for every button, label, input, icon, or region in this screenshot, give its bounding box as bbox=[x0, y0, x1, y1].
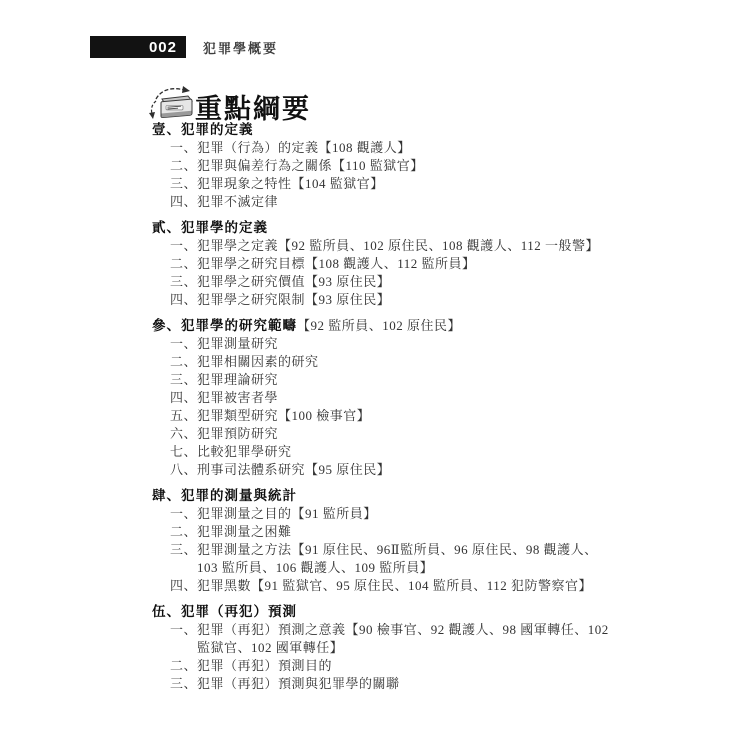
outline-heading-text: 參、犯罪學的研究範疇 bbox=[152, 318, 297, 333]
outline-heading: 參、犯罪學的研究範疇【92 監所員、102 原住民】 bbox=[152, 317, 616, 335]
outline-item: 一、犯罪測量研究 bbox=[170, 335, 616, 353]
book-page: 002 犯罪學概要 重點綱要 壹、犯罪的定義 一、犯罪（行為）的定義 bbox=[0, 0, 750, 750]
outline-section: 肆、犯罪的測量與統計 一、犯罪測量之目的【91 監所員】 二、犯罪測量之困難 三… bbox=[152, 487, 616, 595]
outline-heading: 肆、犯罪的測量與統計 bbox=[152, 487, 616, 505]
outline-item: 二、犯罪與偏差行為之關係【110 監獄官】 bbox=[170, 157, 616, 175]
page-number-badge: 002 bbox=[90, 36, 186, 58]
outline-heading-text: 貳、犯罪學的定義 bbox=[152, 220, 268, 235]
outline-item: 四、犯罪被害者學 bbox=[170, 389, 616, 407]
outline-section: 伍、犯罪（再犯）預測 一、犯罪（再犯）預測之意義【90 檢事官、92 觀護人、9… bbox=[152, 603, 616, 693]
outline-item: 一、犯罪（再犯）預測之意義【90 檢事官、92 觀護人、98 國軍轉任、102 … bbox=[170, 621, 616, 657]
outline-item: 七、比較犯罪學研究 bbox=[170, 443, 616, 461]
outline-item: 三、犯罪理論研究 bbox=[170, 371, 616, 389]
outline-item: 三、犯罪測量之方法【91 原住民、96Ⅱ監所員、96 原住民、98 觀護人、10… bbox=[170, 541, 616, 577]
outline-item: 四、犯罪不滅定律 bbox=[170, 193, 616, 211]
outline-section: 壹、犯罪的定義 一、犯罪（行為）的定義【108 觀護人】 二、犯罪與偏差行為之關… bbox=[152, 121, 616, 211]
page-number: 002 bbox=[149, 39, 177, 56]
outline-heading-text: 壹、犯罪的定義 bbox=[152, 122, 254, 137]
section-banner: 重點綱要 bbox=[147, 84, 311, 124]
book-title: 犯罪學概要 bbox=[203, 38, 278, 57]
outline-item: 一、犯罪測量之目的【91 監所員】 bbox=[170, 505, 616, 523]
outline-section: 貳、犯罪學的定義 一、犯罪學之定義【92 監所員、102 原住民、108 觀護人… bbox=[152, 219, 616, 309]
outline-item: 二、犯罪（再犯）預測目的 bbox=[170, 657, 616, 675]
outline-item: 八、刑事司法體系研究【95 原住民】 bbox=[170, 461, 616, 479]
section-title: 重點綱要 bbox=[195, 96, 311, 123]
outline-heading-text: 肆、犯罪的測量與統計 bbox=[152, 488, 297, 503]
outline-heading-text: 伍、犯罪（再犯）預測 bbox=[152, 604, 297, 619]
outline: 壹、犯罪的定義 一、犯罪（行為）的定義【108 觀護人】 二、犯罪與偏差行為之關… bbox=[152, 121, 616, 693]
outline-item: 二、犯罪相關因素的研究 bbox=[170, 353, 616, 371]
outline-heading-exam-tag: 【92 監所員、102 原住民】 bbox=[297, 318, 461, 333]
outline-item: 四、犯罪學之研究限制【93 原住民】 bbox=[170, 291, 616, 309]
outline-item: 六、犯罪預防研究 bbox=[170, 425, 616, 443]
outline-item: 三、犯罪（再犯）預測與犯罪學的關聯 bbox=[170, 675, 616, 693]
outline-item: 三、犯罪學之研究價值【93 原住民】 bbox=[170, 273, 616, 291]
outline-item: 一、犯罪（行為）的定義【108 觀護人】 bbox=[170, 139, 616, 157]
outline-item: 四、犯罪黑數【91 監獄官、95 原住民、104 監所員、112 犯防警察官】 bbox=[170, 577, 616, 595]
outline-section: 參、犯罪學的研究範疇【92 監所員、102 原住民】 一、犯罪測量研究 二、犯罪… bbox=[152, 317, 616, 479]
running-head: 002 犯罪學概要 bbox=[90, 36, 278, 58]
outline-item: 二、犯罪學之研究目標【108 觀護人、112 監所員】 bbox=[170, 255, 616, 273]
outline-heading: 伍、犯罪（再犯）預測 bbox=[152, 603, 616, 621]
outline-item: 二、犯罪測量之困難 bbox=[170, 523, 616, 541]
outline-heading: 壹、犯罪的定義 bbox=[152, 121, 616, 139]
notebook-arrows-icon bbox=[147, 84, 197, 124]
outline-item: 三、犯罪現象之特性【104 監獄官】 bbox=[170, 175, 616, 193]
outline-heading: 貳、犯罪學的定義 bbox=[152, 219, 616, 237]
outline-item: 五、犯罪類型研究【100 檢事官】 bbox=[170, 407, 616, 425]
outline-item: 一、犯罪學之定義【92 監所員、102 原住民、108 觀護人、112 一般警】 bbox=[170, 237, 616, 255]
